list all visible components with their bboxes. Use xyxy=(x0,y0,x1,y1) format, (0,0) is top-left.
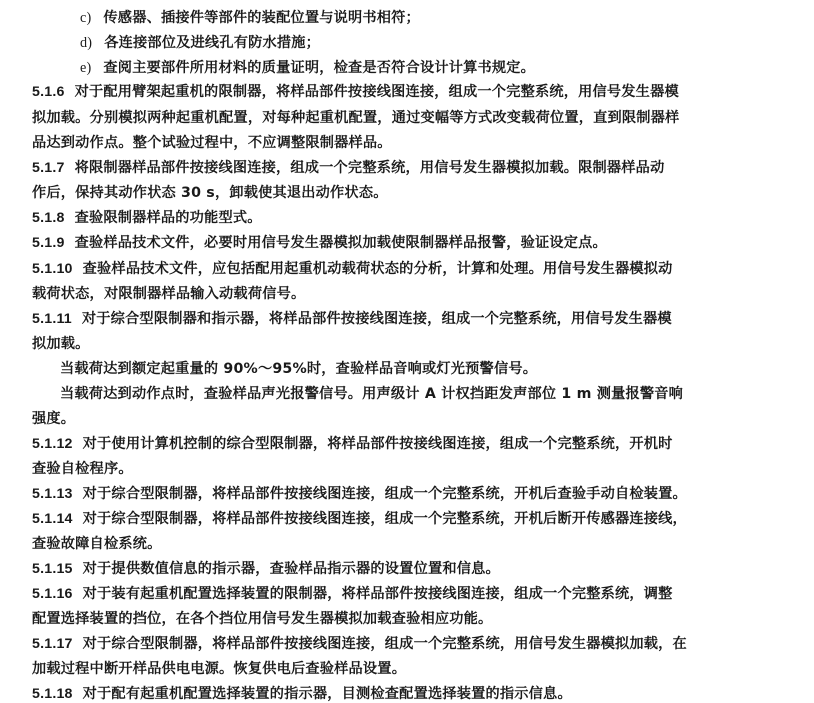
clause-5-1-17: 5.1.17对于综合型限制器，将样品部件按接线图连接，组成一个完整系统，用信号发… xyxy=(32,634,687,654)
clause-5-1-16-cont: 配置选择装置的挡位，在各个挡位用信号发生器模拟加载查验相应功能。 xyxy=(32,609,492,629)
clause-5-1-10: 5.1.10查验样品技术文件，应包括配用起重机动载荷状态的分析，计算和处理。用信… xyxy=(32,259,673,279)
document-page: c)传感器、插接件等部件的装配位置与说明书相符； d)各连接部位及进线孔有防水措… xyxy=(0,0,814,703)
clause-5-1-9: 5.1.9查验样品技术文件，必要时用信号发生器模拟加载使限制器样品报警，验证设定… xyxy=(32,233,607,253)
paragraph-alarm-cont: 强度。 xyxy=(32,409,75,429)
clause-5-1-6-cont: 拟加载。分别模拟两种起重机配置，对每种起重机配置，通过变幅等方式改变载荷位置，直… xyxy=(32,108,679,128)
clause-5-1-13: 5.1.13对于综合型限制器，将样品部件按接线图连接，组成一个完整系统，开机后查… xyxy=(32,484,687,504)
paragraph-alarm: 当载荷达到动作点时，查验样品声光报警信号。用声级计 A 计权挡距发声部位 1 m… xyxy=(60,384,683,404)
clause-5-1-14-cont: 查验故障自检系统。 xyxy=(32,534,162,554)
clause-5-1-14: 5.1.14对于综合型限制器，将样品部件按接线图连接，组成一个完整系统，开机后断… xyxy=(32,509,687,529)
clause-5-1-8: 5.1.8查验限制器样品的功能型式。 xyxy=(32,208,262,228)
list-item-d: d)各连接部位及进线孔有防水措施； xyxy=(80,33,320,53)
clause-5-1-16: 5.1.16对于装有起重机配置选择装置的限制器，将样品部件按接线图连接，组成一个… xyxy=(32,584,673,604)
paragraph-prewarning: 当载荷达到额定起重量的 90%～95%时，查验样品音响或灯光预警信号。 xyxy=(60,359,537,379)
clause-5-1-7: 5.1.7将限制器样品部件按接线图连接，组成一个完整系统，用信号发生器模拟加载。… xyxy=(32,158,664,178)
clause-5-1-17-cont: 加载过程中断开样品供电电源。恢复供电后查验样品设置。 xyxy=(32,659,406,679)
clause-5-1-12-cont: 查验自检程序。 xyxy=(32,459,133,479)
list-item-c: c)传感器、插接件等部件的装配位置与说明书相符； xyxy=(80,8,420,28)
clause-5-1-11: 5.1.11对于综合型限制器和指示器，将样品部件按接线图连接，组成一个完整系统，… xyxy=(32,309,672,329)
clause-5-1-12: 5.1.12对于使用计算机控制的综合型限制器，将样品部件按接线图连接，组成一个完… xyxy=(32,434,673,454)
clause-5-1-11-cont: 拟加载。 xyxy=(32,334,90,354)
clause-5-1-10-cont: 载荷状态，对限制器样品输入动载荷信号。 xyxy=(32,284,305,304)
list-item-e: e)查阅主要部件所用材料的质量证明，检查是否符合设计计算书规定。 xyxy=(80,58,535,78)
clause-5-1-6-cont: 品达到动作点。整个试验过程中，不应调整限制器样品。 xyxy=(32,133,392,153)
clause-5-1-7-cont: 作后，保持其动作状态 30 s，卸载使其退出动作状态。 xyxy=(32,183,388,203)
clause-5-1-6: 5.1.6对于配用臂架起重机的限制器，将样品部件按接线图连接，组成一个完整系统，… xyxy=(32,82,679,102)
clause-5-1-15: 5.1.15对于提供数值信息的指示器，查验样品指示器的设置位置和信息。 xyxy=(32,559,500,579)
clause-5-1-18: 5.1.18对于配有起重机配置选择装置的指示器，目测检查配置选择装置的指示信息。 xyxy=(32,684,572,703)
